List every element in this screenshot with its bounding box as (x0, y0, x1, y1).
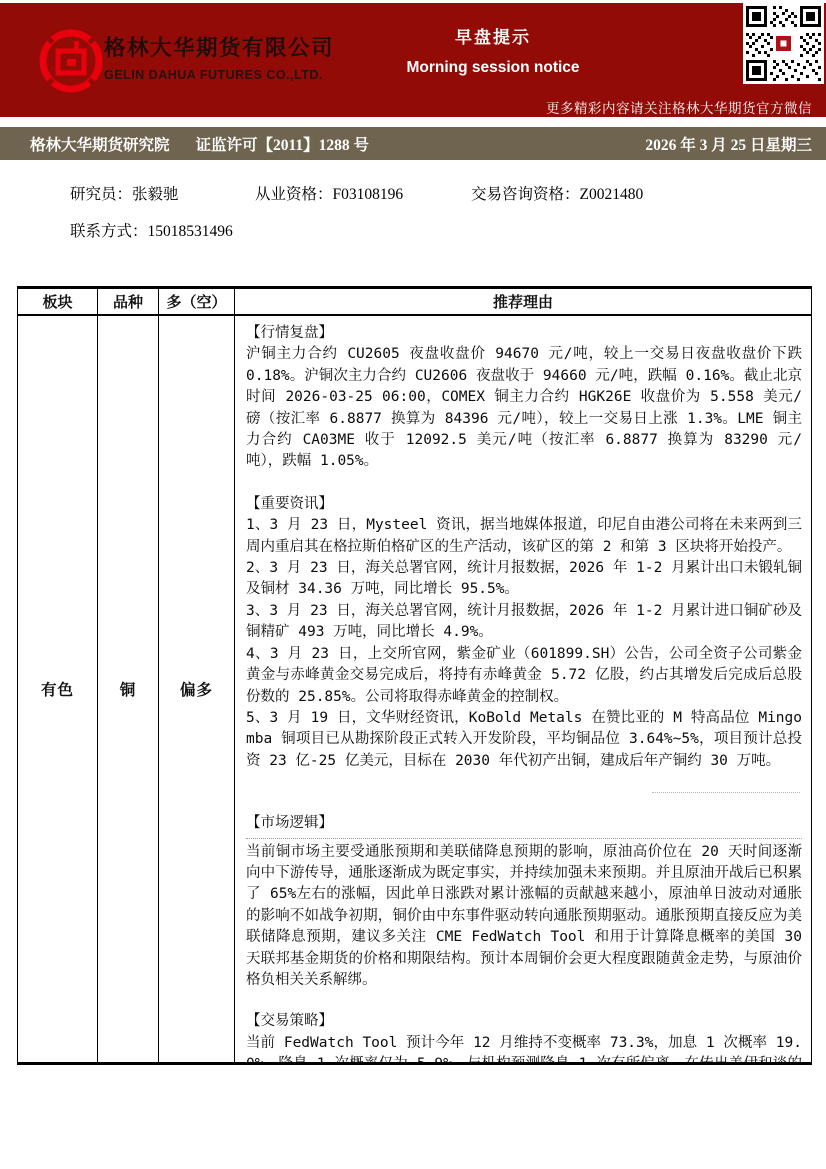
spacer (246, 991, 802, 1011)
cell-reason: 【行情复盘】 沪铜主力合约 CU2605 夜盘收盘价 94670 元/吨，较上一… (235, 316, 811, 1062)
company-logo-icon (38, 28, 104, 94)
news-item-2: 2、3 月 23 日，海关总署官网，统计月报数据，2026 年 1-2 月累计出… (246, 558, 802, 601)
recommendation-table: 板块 品种 多（空） 推荐理由 有色 铜 偏多 【行情复盘】 沪铜主力合约 CU… (17, 286, 812, 1065)
section-title-logic: 【市场逻辑】 (246, 813, 802, 838)
section-strategy-paragraph: 当前 FedWatch Tool 预计今年 12 月维持不变概率 73.3%，加… (246, 1033, 802, 1062)
wechat-note: 更多精彩内容请关注格林大华期货官方微信 (546, 97, 812, 117)
wechat-qr-code (743, 3, 824, 84)
license-number: 证监许可【2011】1288 号 (196, 133, 370, 155)
col-header-variety: 品种 (98, 289, 159, 314)
spacer (246, 473, 802, 494)
researcher-advisory: 交易咨询资格：Z0021480 (471, 182, 643, 204)
news-item-4: 4、3 月 23 日，上交所官网，紫金矿业（601899.SH）公告，公司全资子… (246, 644, 802, 708)
researcher-block: 研究员：张毅驰 从业资格：F03108196 交易咨询资格：Z0021480 联… (70, 182, 790, 256)
col-header-sector: 板块 (18, 289, 98, 314)
report-date: 2026 年 3 月 25 日星期三 (645, 133, 812, 155)
info-bar: 格林大华期货研究院 证监许可【2011】1288 号 2026 年 3 月 25… (0, 127, 826, 160)
section-review-paragraph: 沪铜主力合约 CU2605 夜盘收盘价 94670 元/吨，较上一交易日夜盘收盘… (246, 344, 802, 472)
banner-titles: 早盘提示 Morning session notice (160, 3, 826, 77)
news-item-5: 5、3 月 19 日，文华财经资讯，KoBold Metals 在赞比亚的 M … (246, 708, 802, 772)
section-title-strategy: 【交易策略】 (246, 1011, 802, 1032)
report-title-cn: 早盘提示 (160, 23, 826, 48)
section-title-news: 【重要资讯】 (246, 494, 802, 515)
news-item-1: 1、3 月 23 日，Mysteel 资讯，据当地媒体报道，印尼自由港公司将在未… (246, 515, 802, 558)
cell-sector: 有色 (18, 316, 98, 1062)
news-item-3: 3、3 月 23 日，海关总署官网，统计月报数据，2026 年 1-2 月累计进… (246, 601, 802, 644)
spacer (246, 793, 802, 813)
researcher-qualification: 从业资格：F03108196 (255, 182, 471, 204)
research-institute: 格林大华期货研究院 (30, 133, 170, 155)
table-header-row: 板块 品种 多（空） 推荐理由 (18, 289, 811, 316)
researcher-line-2: 联系方式：15018531496 (70, 219, 790, 241)
researcher-name: 研究员：张毅驰 (70, 182, 255, 204)
header-banner: 格林大华期货有限公司 GELIN DAHUA FUTURES CO.,LTD. … (0, 3, 826, 117)
researcher-line-1: 研究员：张毅驰 从业资格：F03108196 交易咨询资格：Z0021480 (70, 182, 790, 204)
cell-variety: 铜 (98, 316, 159, 1062)
morning-notice-page: 格林大华期货有限公司 GELIN DAHUA FUTURES CO.,LTD. … (0, 0, 826, 1169)
section-logic-paragraph: 当前铜市场主要受通胀预期和美联储降息预期的影响，原油高价位在 20 天时间逐渐向… (246, 842, 802, 992)
cell-bias: 偏多 (159, 316, 235, 1062)
col-header-bias: 多（空） (159, 289, 235, 314)
table-row: 有色 铜 偏多 【行情复盘】 沪铜主力合约 CU2605 夜盘收盘价 94670… (18, 316, 811, 1062)
col-header-reason: 推荐理由 (235, 289, 811, 314)
researcher-contact: 联系方式：15018531496 (70, 219, 233, 241)
section-title-review: 【行情复盘】 (246, 323, 802, 344)
report-title-en: Morning session notice (160, 59, 826, 77)
info-bar-left: 格林大华期货研究院 证监许可【2011】1288 号 (30, 133, 369, 155)
